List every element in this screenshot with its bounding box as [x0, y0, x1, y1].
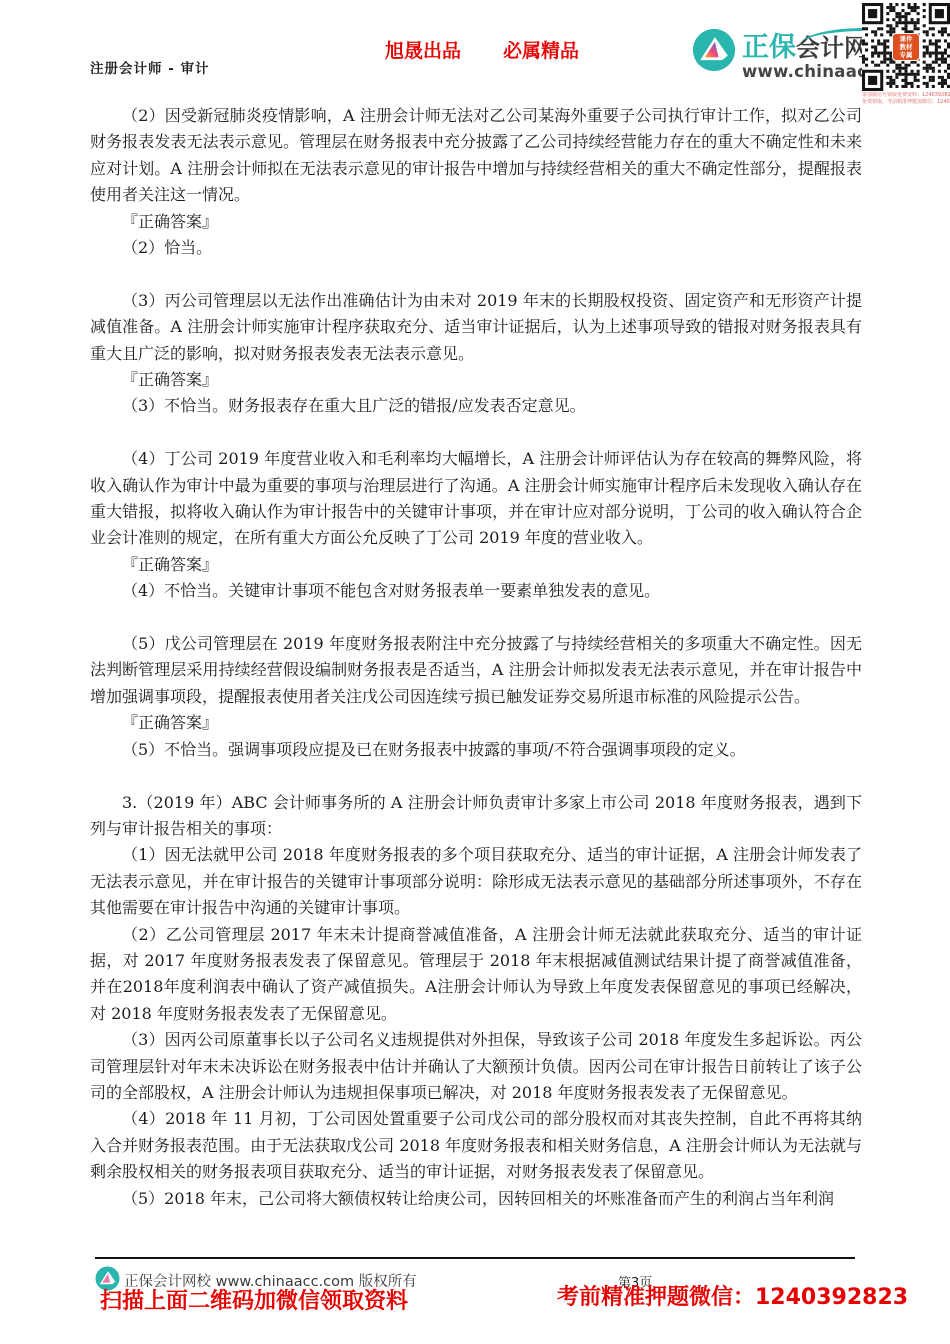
paragraph-spacer	[90, 763, 862, 789]
paragraph: （3）丙公司管理层以无法作出准确估计为由未对 2019 年末的长期股权投资、固定…	[90, 288, 862, 367]
document-page: { "colors": { "accent_red": "#e60000", "…	[0, 0, 950, 1344]
brand-logo-icon	[692, 28, 736, 72]
qr-code: 课件教材专属	[862, 2, 950, 92]
header-slogan: 旭晟出品必属精品	[385, 36, 579, 63]
qr-center-badge: 课件教材专属	[892, 33, 920, 61]
paragraph: （5）2018 年末，己公司将大额债权转让给庚公司，因转回相关的坏账准备而产生的…	[90, 1186, 862, 1212]
paragraph: （3）因丙公司原董事长以子公司名义违规提供对外担保，导致该子公司 2018 年度…	[90, 1027, 862, 1106]
answer-label: 『正确答案』	[90, 552, 862, 578]
paragraph-spacer	[90, 261, 862, 287]
paragraph: （5）戊公司管理层在 2019 年度财务报表附注中充分披露了与持续经营相关的多项…	[90, 631, 862, 710]
slogan-left: 旭晟出品	[385, 40, 461, 62]
footer-divider	[95, 1257, 855, 1259]
paragraph: （2）因受新冠肺炎疫情影响，A 注册会计师无法对乙公司某海外重要子公司执行审计工…	[90, 103, 862, 209]
paragraph-spacer	[90, 605, 862, 631]
document-body: （2）因受新冠肺炎疫情影响，A 注册会计师无法对乙公司某海外重要子公司执行审计工…	[90, 103, 862, 1212]
paragraph: 3.（2019 年）ABC 会计师事务所的 A 注册会计师负责审计多家上市公司 …	[90, 790, 862, 843]
promo-wechat-text: 考前精准押题微信：1240392823	[557, 1280, 908, 1311]
answer-label: 『正确答案』	[90, 209, 862, 235]
answer-text: （5）不恰当。强调事项段应提及已在财务报表中披露的事项/不符合强调事项段的定义。	[90, 737, 862, 763]
answer-label: 『正确答案』	[90, 367, 862, 393]
paragraph: （1）因无法就甲公司 2018 年度财务报表的多个项目获取充分、适当的审计证据，…	[90, 842, 862, 921]
paragraph: （2）乙公司管理层 2017 年末未计提商誉减值准备，A 注册会计师无法就此获取…	[90, 922, 862, 1028]
answer-text: （3）不恰当。财务报表存在重大且广泛的错报/应发表否定意见。	[90, 393, 862, 419]
paragraph-spacer	[90, 420, 862, 446]
answer-text: （2）恰当。	[90, 235, 862, 261]
promo-scan-text: 扫描上面二维码加微信领取资料	[100, 1284, 408, 1315]
answer-text: （4）不恰当。关键审计事项不能包含对财务报表单一要素单独发表的意见。	[90, 578, 862, 604]
qr-caption-line1: 请加微信号领取免费资料：1240392823	[862, 92, 950, 99]
course-label: 注册会计师 - 审计	[90, 57, 210, 77]
paragraph: （4）丁公司 2019 年度营业收入和毛利率均大幅增长，A 注册会计师评估认为存…	[90, 446, 862, 552]
qr-caption-line2: 免费领取，考前精准押题加微信：1240392823	[862, 99, 950, 106]
slogan-right: 必属精品	[503, 40, 579, 62]
answer-label: 『正确答案』	[90, 710, 862, 736]
paragraph: （4）2018 年 11 月初，丁公司因处置重要子公司戊公司的部分股权而对其丧失…	[90, 1106, 862, 1185]
brand-name-primary: 正保	[742, 32, 796, 63]
qr-block: 课件教材专属 请加微信号领取免费资料：1240392823 免费领取，考前精准押…	[862, 2, 950, 106]
